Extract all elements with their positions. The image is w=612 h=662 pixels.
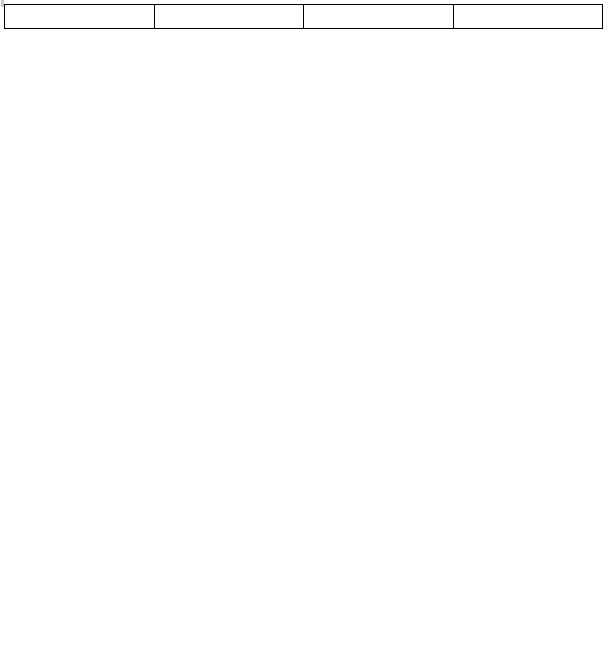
study-schedule-table [4, 4, 603, 29]
col-header-attendees [453, 5, 603, 29]
document-page [0, 0, 612, 662]
col-header-time [5, 5, 155, 29]
table-header-row [5, 5, 603, 29]
col-header-content [304, 5, 454, 29]
col-header-speaker [154, 5, 304, 29]
